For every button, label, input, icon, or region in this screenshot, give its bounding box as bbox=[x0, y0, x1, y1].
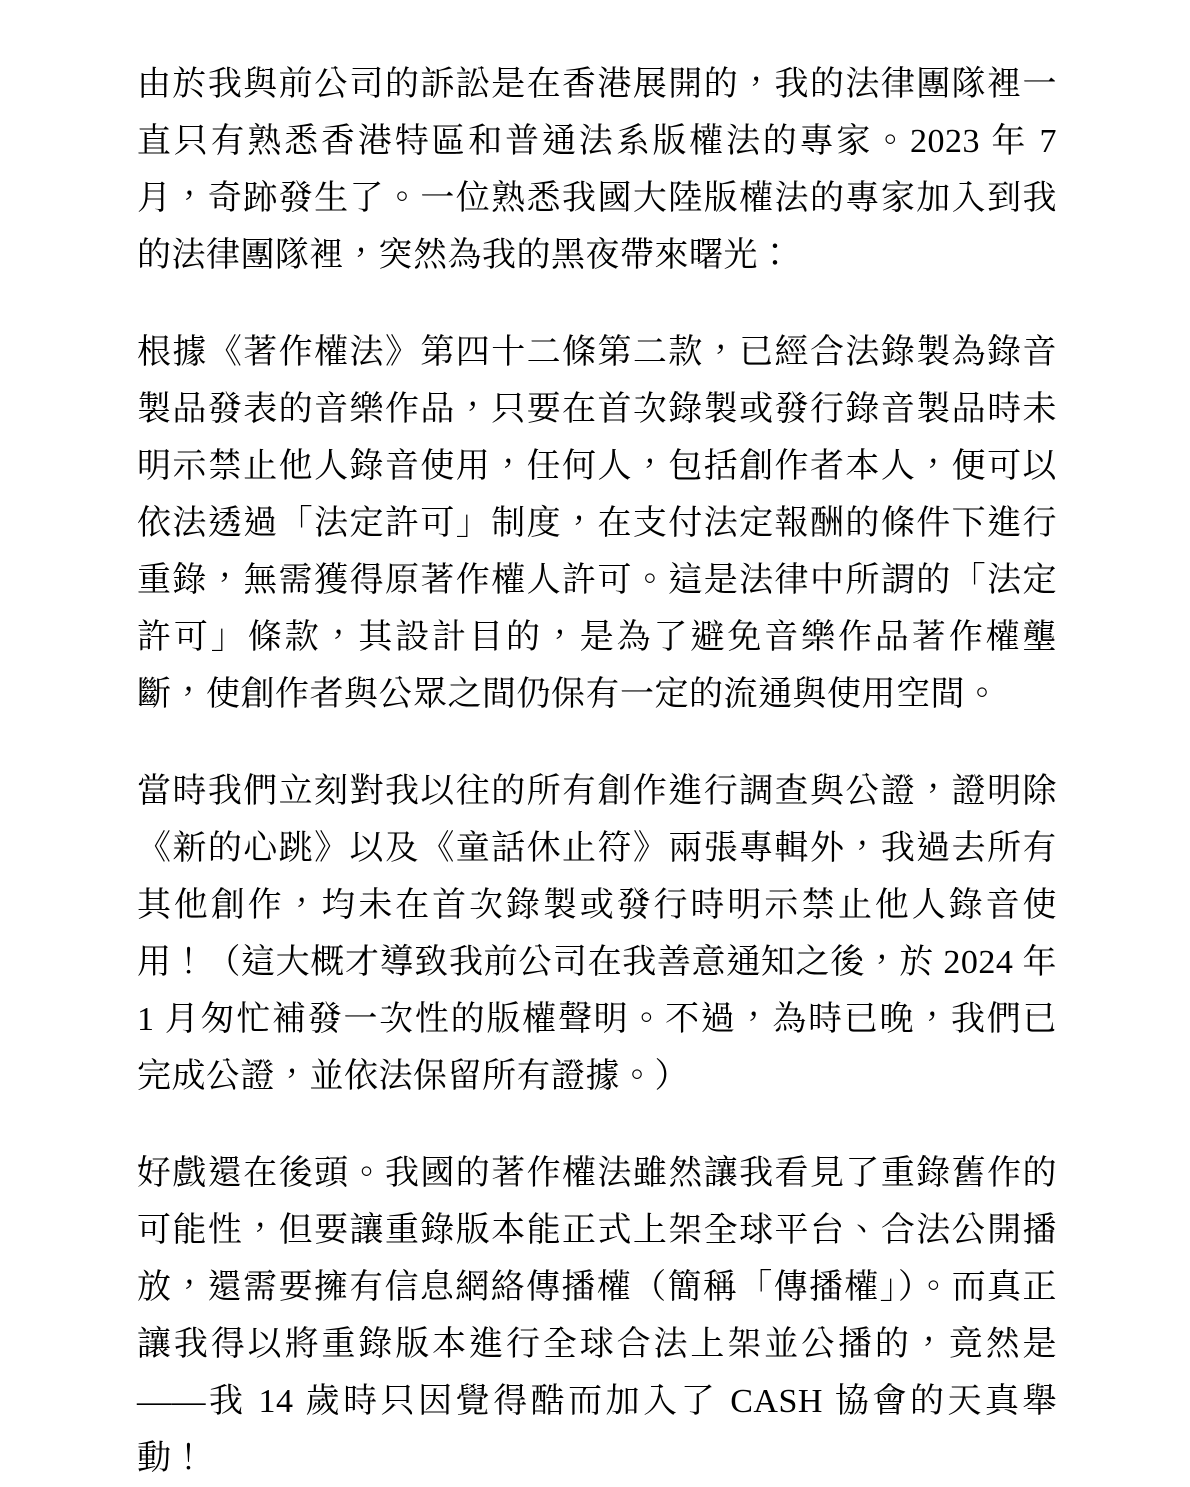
paragraph-legal-team: 由於我與前公司的訴訟是在香港展開的，我的法律團隊裡一直只有熟悉香港特區和普通法系… bbox=[137, 56, 1057, 284]
paragraph-statutory-license: 根據《著作權法》第四十二條第二款，已經合法錄製為錄音製品發表的音樂作品，只要在首… bbox=[137, 324, 1057, 723]
paragraph-cash-membership: 好戲還在後頭。我國的著作權法雖然讓我看見了重錄舊作的可能性，但要讓重錄版本能正式… bbox=[137, 1145, 1057, 1487]
document-body: 由於我與前公司的訴訟是在香港展開的，我的法律團隊裡一直只有熟悉香港特區和普通法系… bbox=[137, 56, 1057, 1487]
paragraph-notarization: 當時我們立刻對我以往的所有創作進行調查與公證，證明除《新的心跳》以及《童話休止符… bbox=[137, 763, 1057, 1105]
page: { "document": { "language": "zh-Hant", "… bbox=[0, 0, 1190, 1487]
